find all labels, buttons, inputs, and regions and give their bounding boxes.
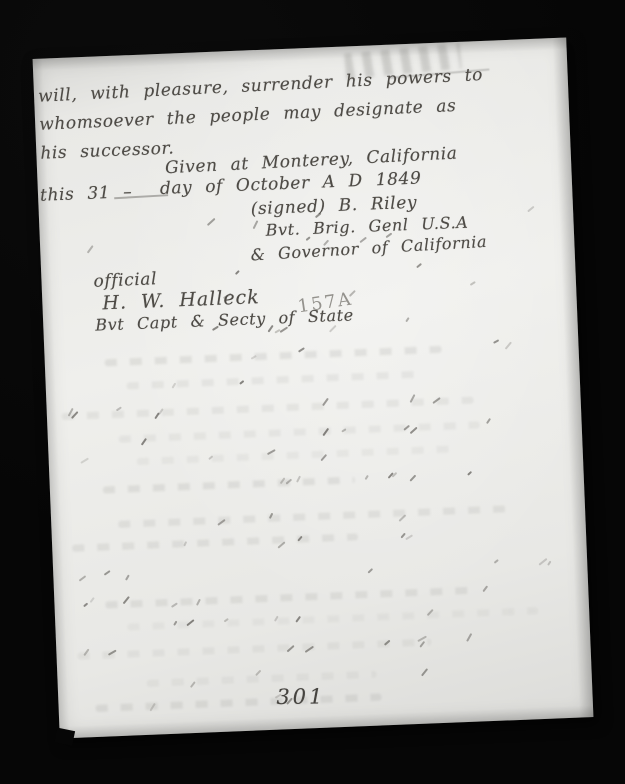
- ink-speck: [154, 413, 160, 420]
- ink-speck: [125, 575, 130, 581]
- body-line-3: his successor.: [40, 138, 175, 163]
- ink-speck: [251, 355, 257, 360]
- ink-speck: [410, 395, 416, 404]
- ink-speck: [280, 477, 286, 484]
- document-page: will, with pleasure, surrender his power…: [33, 38, 594, 739]
- ink-speck: [539, 558, 548, 565]
- ink-speck: [527, 206, 534, 212]
- ink-speck: [392, 472, 398, 477]
- ghost-text-line: [73, 533, 359, 551]
- ink-speck: [108, 650, 116, 656]
- ghost-text-line: [136, 445, 457, 465]
- ink-speck: [466, 633, 472, 642]
- ink-speck: [367, 568, 373, 573]
- ink-speck: [421, 668, 428, 676]
- corner-fold: [54, 728, 75, 746]
- ink-speck: [364, 475, 368, 480]
- ghost-text-line: [127, 607, 538, 631]
- ink-speck: [298, 347, 305, 352]
- ghost-text-line: [102, 477, 354, 494]
- ink-speck: [183, 542, 187, 548]
- ink-speck: [223, 618, 228, 623]
- ink-speck: [196, 599, 201, 606]
- ink-speck: [400, 532, 406, 538]
- ink-speck: [80, 457, 89, 463]
- ink-speck: [546, 560, 551, 565]
- ink-speck: [494, 559, 500, 564]
- ink-speck: [467, 471, 472, 476]
- scan-background: will, with pleasure, surrender his power…: [0, 0, 625, 784]
- ink-speck: [323, 428, 330, 436]
- attestation-label: official: [93, 269, 157, 292]
- ink-speck: [255, 669, 261, 675]
- ink-speck: [171, 382, 176, 388]
- ink-speck: [273, 616, 278, 622]
- ink-speck: [388, 472, 394, 479]
- ink-speck: [90, 597, 95, 603]
- ink-speck: [115, 406, 121, 411]
- ghost-text-line: [105, 586, 476, 608]
- ink-speck: [83, 649, 89, 657]
- ink-speck: [158, 408, 164, 415]
- ink-speck: [123, 596, 130, 604]
- ink-speck: [426, 609, 433, 616]
- ink-speck: [190, 681, 196, 688]
- ghost-text-line: [105, 346, 441, 366]
- ghost-text-line: [118, 505, 506, 528]
- ink-speck: [269, 513, 273, 519]
- ink-speck: [419, 641, 425, 648]
- ink-speck: [71, 411, 78, 419]
- ink-speck: [217, 519, 226, 526]
- ghost-text-line: [119, 421, 480, 442]
- page-number: 301: [276, 685, 325, 709]
- ink-speck: [87, 245, 94, 253]
- ink-speck: [486, 418, 491, 424]
- ink-speck: [322, 397, 329, 405]
- dateline-day-prefix: this 31 –: [40, 182, 133, 206]
- ink-speck: [150, 703, 156, 712]
- ink-speck: [83, 603, 88, 608]
- ghost-text-line: [95, 693, 381, 711]
- ink-speck: [285, 479, 292, 485]
- ghost-text-line: [62, 397, 473, 420]
- ink-speck: [207, 218, 216, 226]
- ink-speck: [405, 317, 410, 323]
- ink-speck: [305, 645, 314, 652]
- ink-speck: [320, 454, 327, 461]
- ink-speck: [296, 476, 301, 483]
- ink-speck: [287, 645, 295, 653]
- ink-speck: [329, 325, 337, 333]
- ink-speck: [104, 570, 111, 575]
- ink-speck: [384, 640, 390, 646]
- ink-speck: [470, 281, 476, 286]
- ink-speck: [267, 449, 275, 455]
- ink-speck: [405, 534, 413, 540]
- ink-speck: [403, 425, 410, 431]
- ink-speck: [78, 575, 86, 581]
- ink-speck: [298, 536, 303, 542]
- ink-speck: [277, 541, 285, 549]
- ink-speck: [141, 438, 147, 445]
- ink-speck: [482, 585, 488, 592]
- ink-speck: [340, 428, 346, 433]
- ink-speck: [252, 220, 258, 229]
- ink-speck: [208, 455, 213, 460]
- ink-speck: [505, 342, 512, 350]
- ink-speck: [171, 602, 178, 607]
- ghost-text-line: [77, 639, 431, 660]
- ink-speck: [409, 475, 416, 483]
- ghost-text-line: [146, 670, 376, 686]
- ink-speck: [493, 339, 499, 343]
- ink-speck: [239, 380, 244, 385]
- ghost-text-line: [127, 371, 425, 390]
- ink-speck: [399, 514, 407, 522]
- ink-speck: [417, 263, 423, 268]
- ink-speck: [296, 616, 302, 623]
- ink-speck: [234, 270, 239, 275]
- ink-speck: [173, 621, 177, 626]
- ink-speck: [279, 326, 288, 333]
- ink-speck: [410, 426, 418, 433]
- ink-speck: [186, 619, 195, 626]
- ink-speck: [275, 329, 281, 333]
- ink-speck: [417, 636, 427, 642]
- ink-speck: [68, 408, 74, 417]
- ink-speck: [432, 397, 440, 404]
